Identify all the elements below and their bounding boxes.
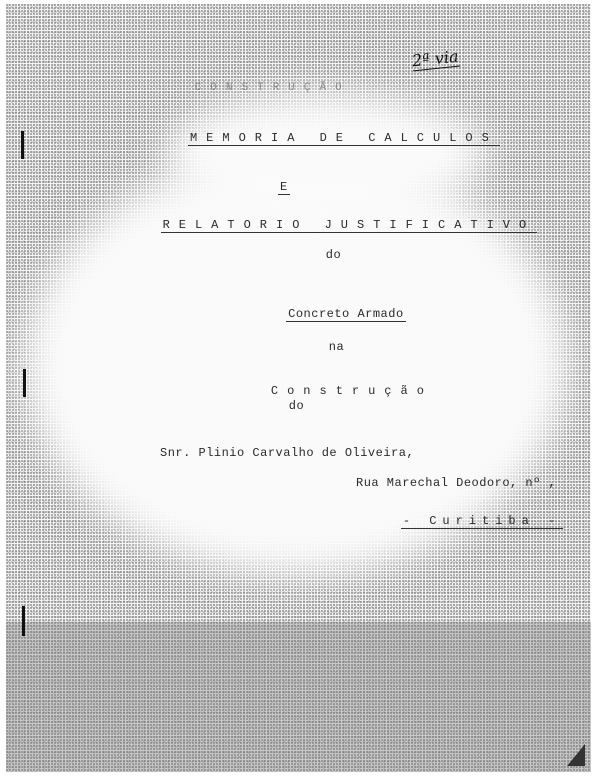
title-relatorio: RELATORIO JUSTIFICATIVO (161, 218, 538, 233)
scanned-page: 2ª via CONSTRUÇÃO MEMORIA DE CALCULOS E … (6, 4, 591, 772)
folded-corner (567, 744, 585, 766)
conjunction: E (6, 166, 561, 209)
faint-heading: CONSTRUÇÃO (6, 70, 551, 106)
binding-hole-mark (22, 606, 25, 636)
subject-concreto-armado: Concreto Armado (286, 307, 406, 322)
binding-hole-mark (21, 131, 24, 159)
client-name: Snr. Plinio Carvalho de Oliveira, (160, 446, 414, 460)
title-line-1: MEMORIA DE CALCULOS (36, 117, 591, 160)
preposition-na: na (44, 340, 591, 354)
dark-lower-area (6, 622, 591, 772)
binding-hole-mark (23, 369, 26, 397)
title-memoria: MEMORIA DE CALCULOS (188, 131, 500, 146)
city-curitiba: - Curitiba - (401, 514, 563, 529)
preposition-do-2: do (6, 399, 589, 413)
client-address: Rua Marechal Deodoro, nº , (356, 476, 556, 490)
city-line: - Curitiba - (370, 500, 563, 543)
title-line-2: RELATORIO JUSTIFICATIVO (41, 204, 591, 247)
subject-line: Concreto Armado (38, 293, 591, 336)
preposition-do: do (41, 248, 591, 262)
